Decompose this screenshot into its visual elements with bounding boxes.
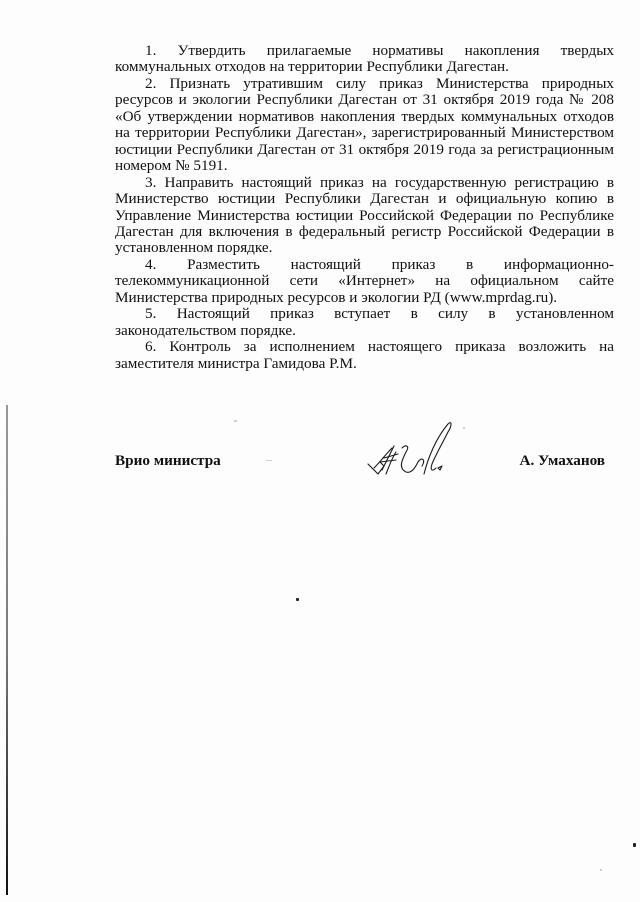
handwritten-signature-icon — [362, 418, 472, 480]
scan-speck — [600, 869, 602, 871]
paragraph-1: 1. Утвердить прилагаемые нормативы накоп… — [115, 43, 614, 76]
signature-block: Врио министра А. Умаханов — [115, 452, 605, 474]
scan-speck — [266, 460, 272, 461]
scan-speck — [633, 843, 636, 847]
signatory-name: А. Умаханов — [520, 452, 605, 470]
order-body: 1. Утвердить прилагаемые нормативы накоп… — [115, 43, 614, 372]
paragraph-6: 6. Контроль за исполнением настоящего пр… — [115, 339, 614, 372]
scan-speck — [234, 420, 237, 422]
paragraph-5: 5. Настоящий приказ вступает в силу в ус… — [115, 306, 614, 339]
paragraph-4: 4. Разместить настоящий приказ в информа… — [115, 257, 614, 306]
scan-speck — [296, 598, 299, 601]
scan-speck — [463, 427, 465, 429]
paragraph-3: 3. Направить настоящий приказ на государ… — [115, 175, 614, 257]
document-page: 1. Утвердить прилагаемые нормативы накоп… — [0, 0, 640, 902]
paragraph-2: 2. Признать утратившим силу приказ Минис… — [115, 76, 614, 175]
scan-edge-line — [6, 405, 8, 895]
signatory-role: Врио министра — [115, 452, 221, 470]
